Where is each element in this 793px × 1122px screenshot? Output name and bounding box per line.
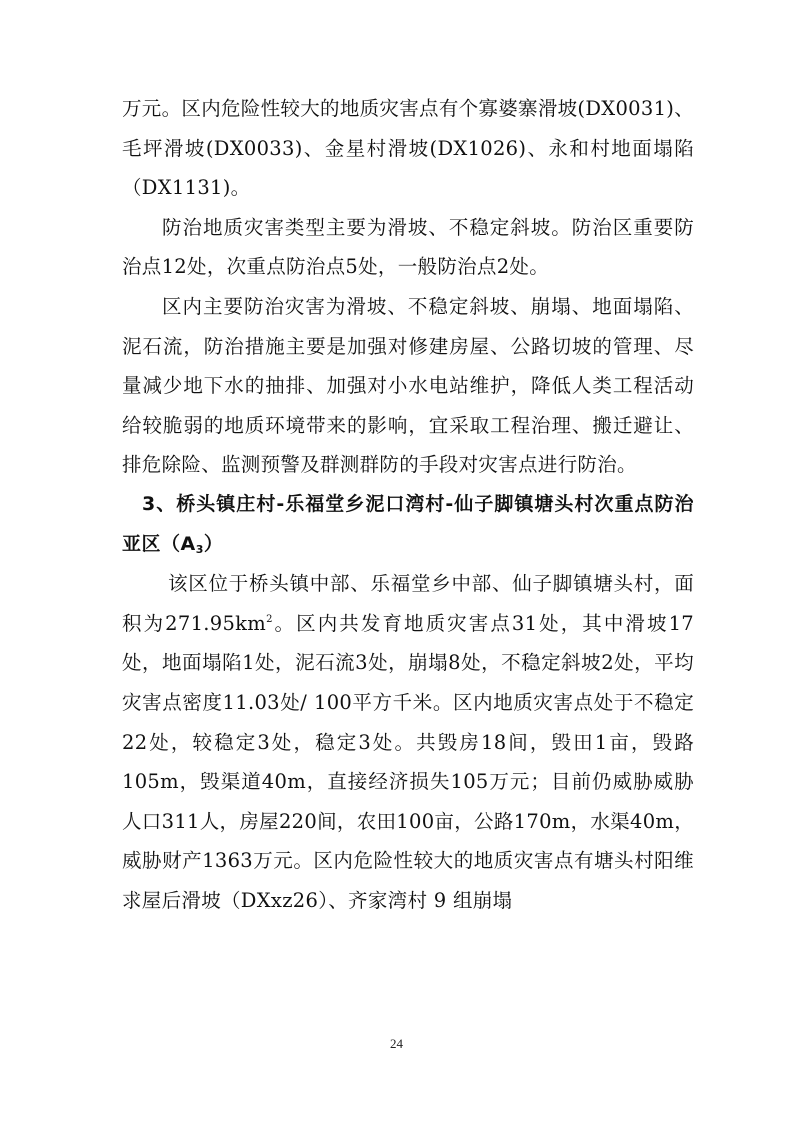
page-number: 24: [0, 1036, 793, 1052]
paragraph-hazard-types: 防治地质灾害类型主要为滑坡、不稳定斜坡。防治区重要防治点12处，次重点防治点5处…: [122, 208, 694, 287]
document-body: 万元。区内危险性较大的地质灾害点有个寡婆寨滑坡(DX0031)、毛坪滑坡(DX0…: [122, 89, 694, 920]
section-description-part2: 。区内共发育地质灾害点31处，其中滑坡17处，地面塌陷1处，泥石流3处，崩塌8处…: [122, 612, 694, 912]
section-heading-subscript: 3: [196, 543, 204, 556]
section-heading: 3、桥头镇庄村-乐福堂乡泥口湾村-仙子脚镇塘头村次重点防治亚区（A3）: [122, 485, 694, 564]
document-page: 万元。区内危险性较大的地质灾害点有个寡婆寨滑坡(DX0031)、毛坪滑坡(DX0…: [0, 0, 793, 1122]
area-unit-superscript: 2: [266, 614, 273, 625]
paragraph-section-description: 该区位于桥头镇中部、乐福堂乡中部、仙子脚镇塘头村，面积为271.95km2。区内…: [122, 564, 694, 920]
paragraph-hazard-points: 万元。区内危险性较大的地质灾害点有个寡婆寨滑坡(DX0031)、毛坪滑坡(DX0…: [122, 89, 694, 208]
paragraph-prevention-measures: 区内主要防治灾害为滑坡、不稳定斜坡、崩塌、地面塌陷、泥石流，防治措施主要是加强对…: [122, 287, 694, 485]
section-heading-suffix: ）: [204, 533, 224, 555]
